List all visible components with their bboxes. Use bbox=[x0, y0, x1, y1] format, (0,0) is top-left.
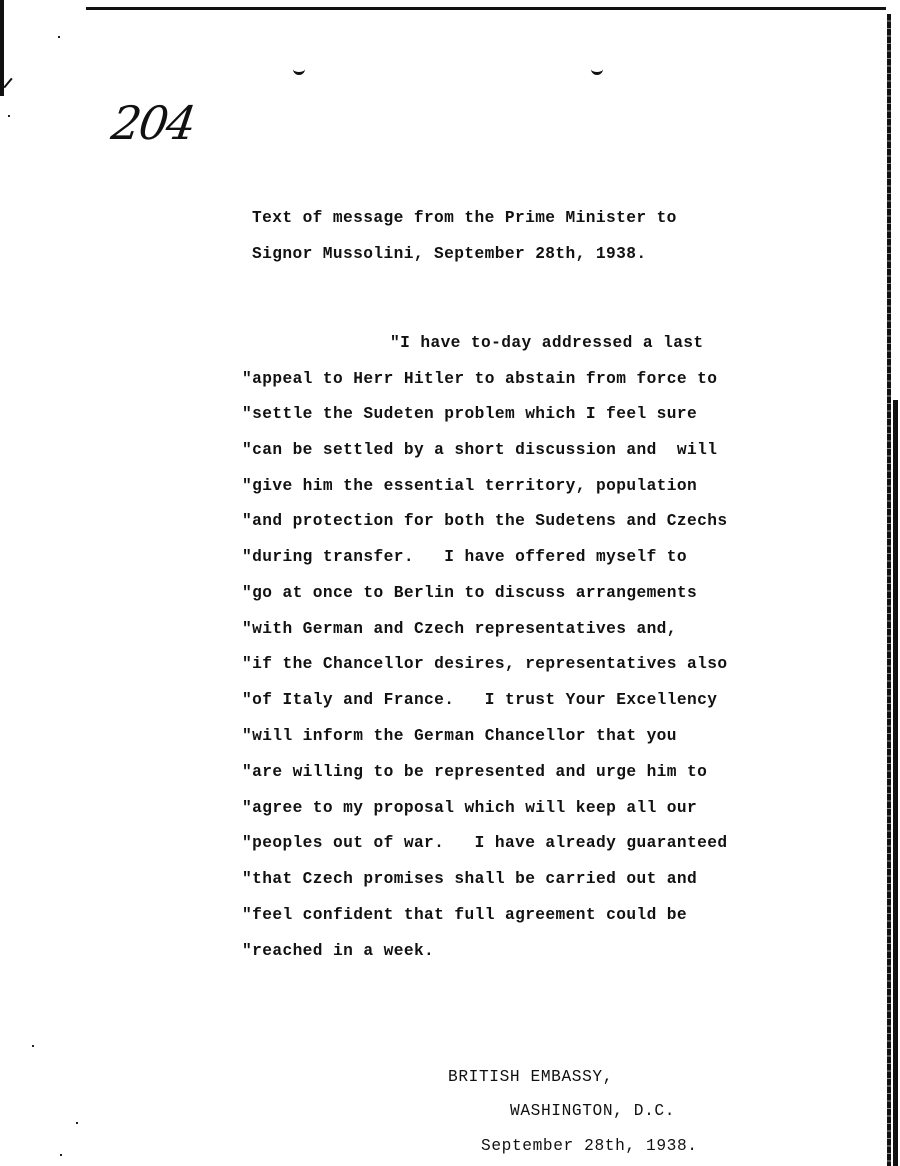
body-line: "during transfer. I have offered myself … bbox=[242, 547, 687, 567]
body-line: "settle the Sudeten problem which I feel… bbox=[242, 404, 697, 424]
body-line: "and protection for both the Sudetens an… bbox=[242, 511, 727, 531]
body-line: "agree to my proposal which will keep al… bbox=[242, 798, 697, 818]
body-line: "give him the essential territory, popul… bbox=[242, 476, 697, 496]
handwritten-page-number: 204 bbox=[108, 96, 197, 150]
signature-embassy: BRITISH EMBASSY, bbox=[448, 1067, 613, 1087]
body-line: "go at once to Berlin to discuss arrange… bbox=[242, 583, 697, 603]
scan-speck bbox=[32, 1045, 34, 1047]
scan-left-edge bbox=[0, 0, 4, 96]
scan-right-shadow bbox=[893, 400, 898, 1166]
body-line: "I have to-day addressed a last bbox=[390, 333, 704, 353]
scan-speck bbox=[8, 115, 10, 117]
heading-line: Signor Mussolini, September 28th, 1938. bbox=[252, 244, 646, 264]
body-line: "of Italy and France. I trust Your Excel… bbox=[242, 690, 717, 710]
document-page: 204 Text of message from the Prime Minis… bbox=[0, 0, 900, 1166]
scan-speck bbox=[76, 1122, 78, 1124]
body-line: "can be settled by a short discussion an… bbox=[242, 440, 717, 460]
body-line: "peoples out of war. I have already guar… bbox=[242, 833, 727, 853]
body-line: "if the Chancellor desires, representati… bbox=[242, 654, 727, 674]
body-line: "with German and Czech representatives a… bbox=[242, 619, 677, 639]
signature-location: WASHINGTON, D.C. bbox=[510, 1101, 675, 1121]
scan-speck bbox=[60, 1154, 62, 1156]
scan-right-edge bbox=[887, 14, 891, 1166]
body-line: "that Czech promises shall be carried ou… bbox=[242, 869, 697, 889]
body-line: "are willing to be represented and urge … bbox=[242, 762, 707, 782]
body-line: "reached in a week. bbox=[242, 941, 434, 961]
body-line: "will inform the German Chancellor that … bbox=[242, 726, 677, 746]
scan-top-edge bbox=[86, 7, 886, 10]
scan-speck bbox=[58, 36, 60, 38]
body-line: "feel confident that full agreement coul… bbox=[242, 905, 687, 925]
staple-mark-icon bbox=[591, 66, 603, 75]
scan-mark bbox=[3, 78, 12, 88]
signature-date: September 28th, 1938. bbox=[481, 1136, 698, 1156]
body-line: "appeal to Herr Hitler to abstain from f… bbox=[242, 369, 717, 389]
heading-line: Text of message from the Prime Minister … bbox=[252, 208, 677, 228]
staple-mark-icon bbox=[293, 66, 305, 75]
